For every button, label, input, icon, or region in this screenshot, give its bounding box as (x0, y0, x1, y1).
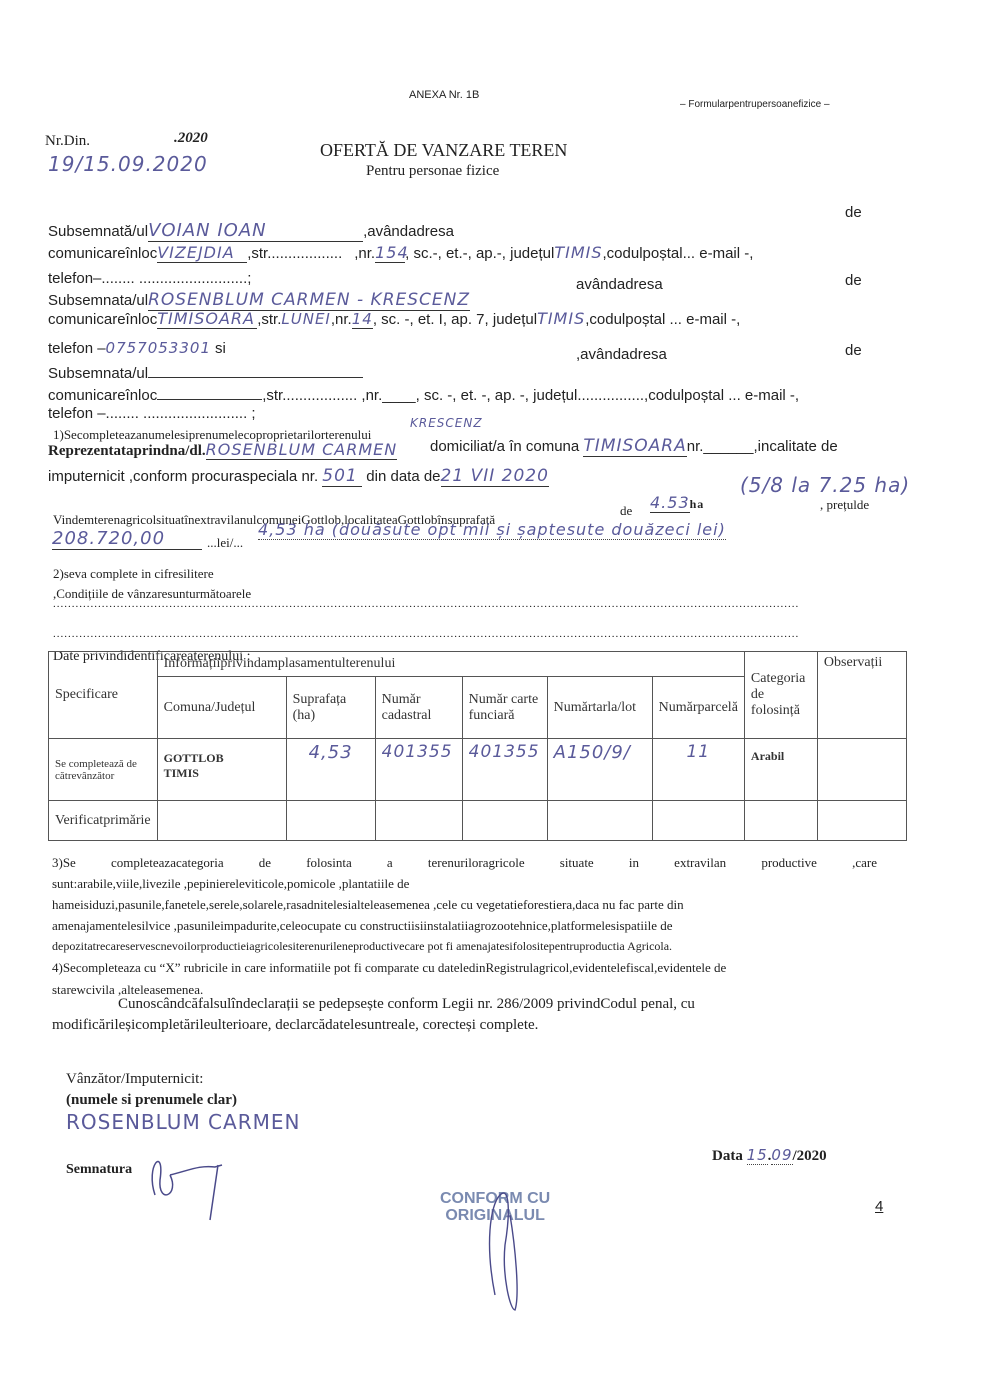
signer-name-label: (numele si prenumele clar) (66, 1092, 237, 1109)
seller-3-name[interactable] (148, 362, 363, 378)
domicile-label: domiciliat/a în comuna (430, 438, 579, 455)
street-label: ,str.................. (247, 245, 342, 262)
row-tarla[interactable]: A150/9/ (547, 739, 652, 801)
seller-label: Subsemnata/ul (48, 365, 148, 382)
signature-scribble-icon[interactable] (140, 1135, 240, 1225)
procura-date[interactable]: 21 VII 2020 (441, 466, 549, 487)
row-parcela[interactable] (652, 801, 744, 841)
seller-2-street[interactable]: LUNEI (281, 310, 330, 328)
nr-label: nr.______,incalitate de (687, 438, 838, 455)
header-obs: Observații (817, 652, 906, 739)
seller-1-county[interactable]: TIMIS (554, 243, 602, 262)
seller-3-name-row: Subsemnata/ul (48, 362, 363, 382)
rep-commune[interactable]: TIMISOARA (583, 436, 686, 457)
address-label: avândadresa (576, 276, 663, 293)
header-comuna: Comuna/Județul (157, 677, 286, 739)
rep-label: Reprezentataprindna/dl. (48, 443, 206, 459)
note-4-line-1: 4)Secompleteaza cu “X” rubricile in care… (52, 960, 726, 976)
price-words[interactable]: 4,53 ha (douăsute opt mii și șaptesute d… (258, 520, 726, 540)
date-label: din data de (366, 468, 440, 485)
note-2: 2)seva complete in cifresilitere (53, 566, 214, 582)
seller-label: Subsemnată/ul (48, 223, 148, 240)
address-rest: ,str.................. ,nr.____, sc. -, … (262, 387, 799, 404)
date-year: /2020 (793, 1148, 827, 1164)
conditions-line-1[interactable]: ........................................… (53, 598, 868, 610)
nr-label: ,nr. (354, 245, 375, 262)
si-label: si (215, 340, 226, 357)
seller-3-phone: telefon –........ ......................… (48, 405, 256, 422)
row-comuna[interactable]: GOTTLOBTIMIS (157, 739, 286, 801)
address-rest: , sc.-, et.-, ap.-, județul (405, 245, 554, 262)
header-spec: Specificare (49, 652, 158, 739)
seller-3-locality[interactable] (157, 384, 262, 400)
seller-1-address-row: comunicareînlocVIZEJDIA,str.............… (48, 243, 753, 263)
seller-2-locality[interactable]: TIMISOARA (157, 309, 257, 329)
row-obs[interactable] (817, 739, 906, 801)
header-cadastral: Număr cadastral (375, 677, 462, 739)
sale-price[interactable]: 208.720,00 (52, 528, 202, 550)
procura-number[interactable]: 501 (322, 466, 362, 487)
judet-value: TIMIS (164, 766, 280, 781)
seller-2-county[interactable]: TIMIS (537, 309, 585, 328)
page-title: OFERTĂ DE VANZARE TEREN (320, 140, 567, 161)
comuna-value: GOTTLOB (164, 751, 280, 766)
row-suprafata[interactable]: 4,53 (286, 739, 375, 801)
date-row: Data 15.09/2020 (712, 1146, 827, 1165)
row-parcela[interactable]: 11 (652, 739, 744, 801)
de-label: de (845, 272, 862, 289)
row-categorie[interactable] (744, 801, 817, 841)
rep-name[interactable]: ROSENBLUM CARMEN (206, 440, 398, 460)
declaration-line-1: Cunoscândcăfalsulîndeclarații se pedepse… (118, 996, 695, 1013)
declaration-line-2: modificărileșicompletărileulterioare, de… (52, 1017, 538, 1034)
header-suprafata: Suprafața (ha) (286, 677, 375, 739)
lei-label: ...lei/... (207, 535, 243, 551)
land-table: Specificare Informațiiprivindamplasament… (48, 651, 907, 841)
address-label: ,avândadresa (576, 346, 667, 363)
mandate-row: imputernicit ,conform procuraspeciala nr… (48, 466, 549, 487)
seller-2-name-row: Subsemnata/ulROSENBLUM CARMEN - KRESCENZ (48, 290, 470, 311)
row-comuna[interactable] (157, 801, 286, 841)
seller-3-address-row: comunicareînloc,str.................. ,n… (48, 384, 799, 404)
date-month[interactable]: 09 (771, 1146, 792, 1165)
signature-label: Semnatura (66, 1162, 132, 1178)
note-3-line-5: depozitatrecareservescnevoilorproductiei… (52, 939, 672, 954)
price-label: , prețulde (820, 497, 869, 513)
postal-label: ,codulpoștal ... e-mail -, (585, 311, 740, 328)
seller-1-name-row: Subsemnată/ulVOIAN IOAN,avândadresa (48, 220, 454, 242)
date-day[interactable]: 15 (747, 1146, 768, 1165)
header-tarla: Numărtarla/lot (547, 677, 652, 739)
seller-1-phone: telefon–........ .......................… (48, 270, 251, 287)
nr-din-year: .2020 (174, 130, 208, 147)
domicile-row: domiciliat/a în comuna TIMISOARAnr._____… (430, 436, 838, 457)
seller-2-phone[interactable]: 0757053301 (106, 339, 211, 357)
note-3-line-4: amenajamentelesilvice ,pasunileimpadurit… (52, 918, 673, 934)
row-tarla[interactable] (547, 801, 652, 841)
note-3-line-2: sunt:arabile,viile,livezile ,pepinierele… (52, 876, 409, 892)
seller-1-nr[interactable]: 154 (375, 243, 405, 263)
area-unit: ha (690, 497, 705, 511)
date-label: Data (712, 1148, 743, 1164)
row-cadastral[interactable]: 401355 (375, 739, 462, 801)
seller-2-name[interactable]: ROSENBLUM CARMEN - KRESCENZ (148, 290, 470, 311)
nr-din-handwritten: 19/15.09.2020 (48, 152, 208, 176)
header-categorie: Categoria de folosință (744, 652, 817, 739)
seller-2-nr[interactable]: 14 (352, 310, 373, 329)
rep-name-extra: KRESCENZ (410, 416, 483, 430)
nr-din-label: Nr.Din. (45, 133, 90, 150)
header-parcela: Numărparcelă (652, 677, 744, 739)
nr-label: ,nr. (331, 311, 352, 328)
row-obs[interactable] (817, 801, 906, 841)
de-label: de (620, 503, 632, 519)
signer-role: Vânzător/Imputernicit: (66, 1071, 203, 1088)
postal-label: ,codulpoștal... e-mail -, (603, 245, 754, 262)
area-value: 4.53 (650, 493, 690, 513)
mandate-label: imputernicit ,conform procuraspeciala nr… (48, 468, 318, 485)
locality-label: comunicareînloc (48, 311, 157, 328)
signer-name[interactable]: ROSENBLUM CARMEN (66, 1110, 300, 1134)
locality-label: comunicareînloc (48, 387, 157, 404)
row-cf[interactable] (462, 801, 547, 841)
row-spec: Se completează de cătrevânzător (49, 739, 158, 801)
phone-label: telefon – (48, 340, 106, 357)
row-suprafata[interactable] (286, 801, 375, 841)
form-type: – Formularpentrupersoanefizice – (680, 99, 830, 110)
representation-row: Reprezentataprindna/dl.ROSENBLUM CARMEN (48, 440, 397, 460)
header-cf: Număr carte funciară (462, 677, 547, 739)
seller-1-name[interactable]: VOIAN IOAN (148, 220, 363, 242)
de-label: de (845, 342, 862, 359)
de-label: de (845, 204, 862, 221)
address-rest: , sc. -, et. I, ap. 7, județul (373, 311, 537, 328)
street-label: ,str. (257, 311, 281, 328)
annex-label: ANEXA Nr. 1B (409, 89, 479, 101)
page-subtitle: Pentru personae fizice (366, 163, 499, 180)
conditions-line-2[interactable]: ........................................… (53, 628, 868, 640)
header-group: Informațiiprivindamplasamentulterenului (157, 652, 744, 677)
seller-1-locality[interactable]: VIZEJDIA (157, 243, 247, 263)
page-number: 4 (875, 1198, 883, 1215)
share-note: (5/8 la 7.25 ha) (740, 473, 910, 497)
table-row: Verificatprimărie (49, 801, 907, 841)
seller-2-address-row: comunicareînlocTIMISOARA,str.LUNEI,nr.14… (48, 309, 740, 329)
stamp-signature-icon (480, 1185, 540, 1315)
seller-2-phone-row: telefon –0757053301si (48, 339, 226, 357)
table-row: Se completează de cătrevânzător GOTTLOBT… (49, 739, 907, 801)
locality-label: comunicareînloc (48, 245, 157, 262)
sale-area[interactable]: 4.53ha (650, 493, 704, 513)
address-label: ,avândadresa (363, 223, 454, 240)
note-3-line-1: 3)Se completeazacategoria de folosinta a… (52, 855, 877, 871)
seller-label: Subsemnata/ul (48, 292, 148, 309)
row-spec: Verificatprimărie (49, 801, 158, 841)
row-cf[interactable]: 401355 (462, 739, 547, 801)
note-3-line-3: hameisiduzi,pasunile,fanetele,serele,sol… (52, 897, 684, 913)
row-categorie[interactable]: Arabil (744, 739, 817, 801)
row-cadastral[interactable] (375, 801, 462, 841)
